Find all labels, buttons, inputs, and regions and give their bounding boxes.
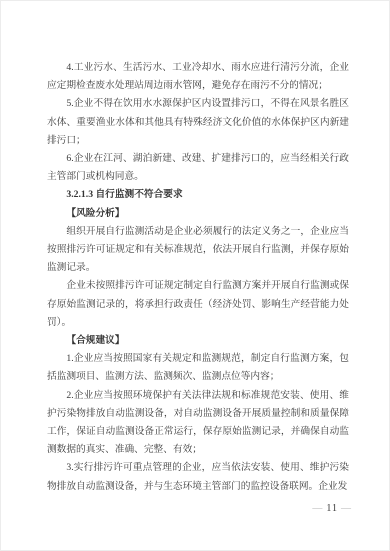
section-heading-3-2-1-3: 3.2.1.3 自行监测不符合要求 xyxy=(47,186,349,204)
paragraph-risk-analysis-duty: 组织开展自行监测活动是企业必须履行的法定义务之一，企业应当按照排污许可证规定和有… xyxy=(47,223,349,278)
paragraph-item-6-outfall-approval: 6.企业在江河、湖泊新建、改建、扩建排污口的，应当经相关行政主管部门或机构同意。 xyxy=(47,150,349,186)
compliance-advice-label: 【合规建议】 xyxy=(47,332,349,350)
page-number-right-dash: — xyxy=(338,503,355,514)
document-body: 4.工业污水、生活污水、工业冷却水、雨水应进行清污分流，企业应定期检查废水处理站… xyxy=(47,59,349,496)
paragraph-item-5-water-source-protection: 5.企业不得在饮用水水源保护区内设置排污口，不得在风景名胜区水体、重要渔业水体和… xyxy=(47,95,349,150)
page-number: 11 xyxy=(326,503,338,514)
document-page: 4.工业污水、生活污水、工业冷却水、雨水应进行清污分流，企业应定期检查废水处理站… xyxy=(0,0,390,551)
paragraph-risk-analysis-liability: 企业未按照排污许可证规定制定自行监测方案并开展自行监测或保存原始监测记录的，将承… xyxy=(47,277,349,332)
paragraph-advice-2-auto-monitoring-equipment: 2.企业应当按照环境保护有关法律法规和标准规范安装、使用、维护污染物排放自动监测… xyxy=(47,387,349,460)
page-number-footer: —11— xyxy=(309,502,355,516)
paragraph-item-4-industrial-wastewater: 4.工业污水、生活污水、工业冷却水、雨水应进行清污分流，企业应定期检查废水处理站… xyxy=(47,59,349,95)
paragraph-advice-1-monitoring-plan: 1.企业应当按照国家有关规定和监测规范，制定自行监测方案，包括监测项目、监测方法… xyxy=(47,350,349,386)
page-number-left-dash: — xyxy=(309,503,326,514)
risk-analysis-label: 【风险分析】 xyxy=(47,205,349,223)
paragraph-advice-3-key-management: 3.实行排污许可重点管理的企业，应当依法安装、使用、维护污染物排放自动监测设备，… xyxy=(47,459,349,495)
